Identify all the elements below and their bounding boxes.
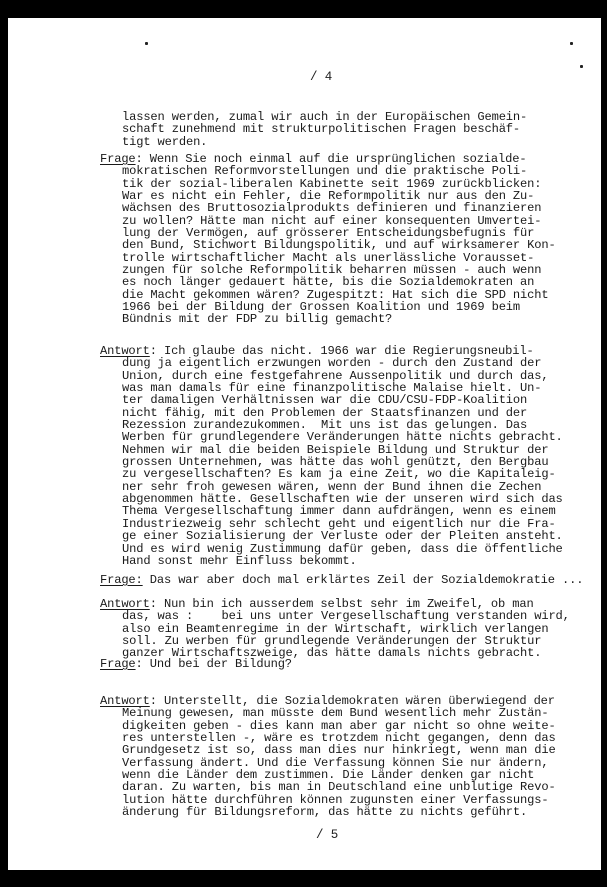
text-line: Werben für grundlegendere Veränderungen … (100, 431, 600, 443)
answer-block: Antwort: Unterstellt, die Sozialdemokrat… (100, 695, 600, 818)
text-line: Frage: Das war aber doch mal erklärtes Z… (100, 574, 600, 586)
text-line: zu vergesellschaften? Es kam ja eine Zei… (100, 468, 600, 480)
text-line: Meinung gewesen, man müsste dem Bund wes… (100, 707, 600, 719)
text-line: Hand sonst mehr Einfluss bekommt. (100, 555, 600, 567)
question-block: Frage: Das war aber doch mal erklärtes Z… (100, 574, 600, 586)
text-line: Grundgesetz ist so, dass man dies nur hi… (100, 744, 600, 756)
scan-speck (580, 65, 583, 68)
question-block: Frage: Und bei der Bildung? (100, 658, 600, 670)
text-line: schaft zunehmend mit strukturpolitischen… (100, 123, 600, 135)
question-block: Frage: Wenn Sie noch einmal auf die ursp… (100, 153, 600, 326)
text-line: es noch länger gedauert hätte, bis die S… (100, 276, 600, 288)
text-line: ge einer Sozialisierung der Verluste ode… (100, 530, 600, 542)
scan-speck (145, 42, 148, 45)
text-line: änderung für Bildungsreform, das hätte z… (100, 806, 600, 818)
text-line: ter damaligen Verhältnissen war die CDU/… (100, 394, 600, 406)
text-span: : Und bei der Bildung? (136, 657, 292, 671)
intro-paragraph: lassen werden, zumal wir auch in der Eur… (100, 111, 600, 148)
speaker-label: Frage (100, 657, 136, 671)
text-line: tigt werden. (100, 136, 600, 148)
text-line: Bündnis mit der FDP zu billig gemacht? (100, 313, 600, 325)
text-line: Frage: Und bei der Bildung? (100, 658, 600, 670)
page-marker-bottom: / 5 (316, 828, 338, 842)
answer-block: Antwort: Nun bin ich ausserdem selbst se… (100, 598, 600, 660)
document-page: / 4 lassen werden, zumal wir auch in der… (8, 18, 601, 870)
typewritten-document: / 4 lassen werden, zumal wir auch in der… (8, 18, 601, 870)
answer-block: Antwort: Ich glaube das nicht. 1966 war … (100, 345, 600, 567)
text-line: dung ja eigentlich erzwungen worden - du… (100, 357, 600, 369)
text-line: daran. Zu warten, bis man in Deutschland… (100, 781, 600, 793)
speaker-label: Frage: (100, 573, 143, 587)
text-line: mokratischen Reformvorstellungen und die… (100, 165, 600, 177)
text-line: Thema Vergesellschaftung immer dann aufd… (100, 505, 600, 517)
text-span: Das war aber doch mal erklärtes Zeil der… (143, 573, 584, 587)
text-line: den Bund, Stichwort Bildungspolitik, und… (100, 239, 600, 251)
text-line: das, was : bei uns unter Vergesellschaft… (100, 610, 600, 622)
text-line: Und es wird wenig Zustimmung dafür geben… (100, 543, 600, 555)
page-marker-top: / 4 (310, 70, 332, 84)
scan-speck (570, 42, 573, 45)
text-line: wächsen des Bruttosozialprodukts definie… (100, 202, 600, 214)
